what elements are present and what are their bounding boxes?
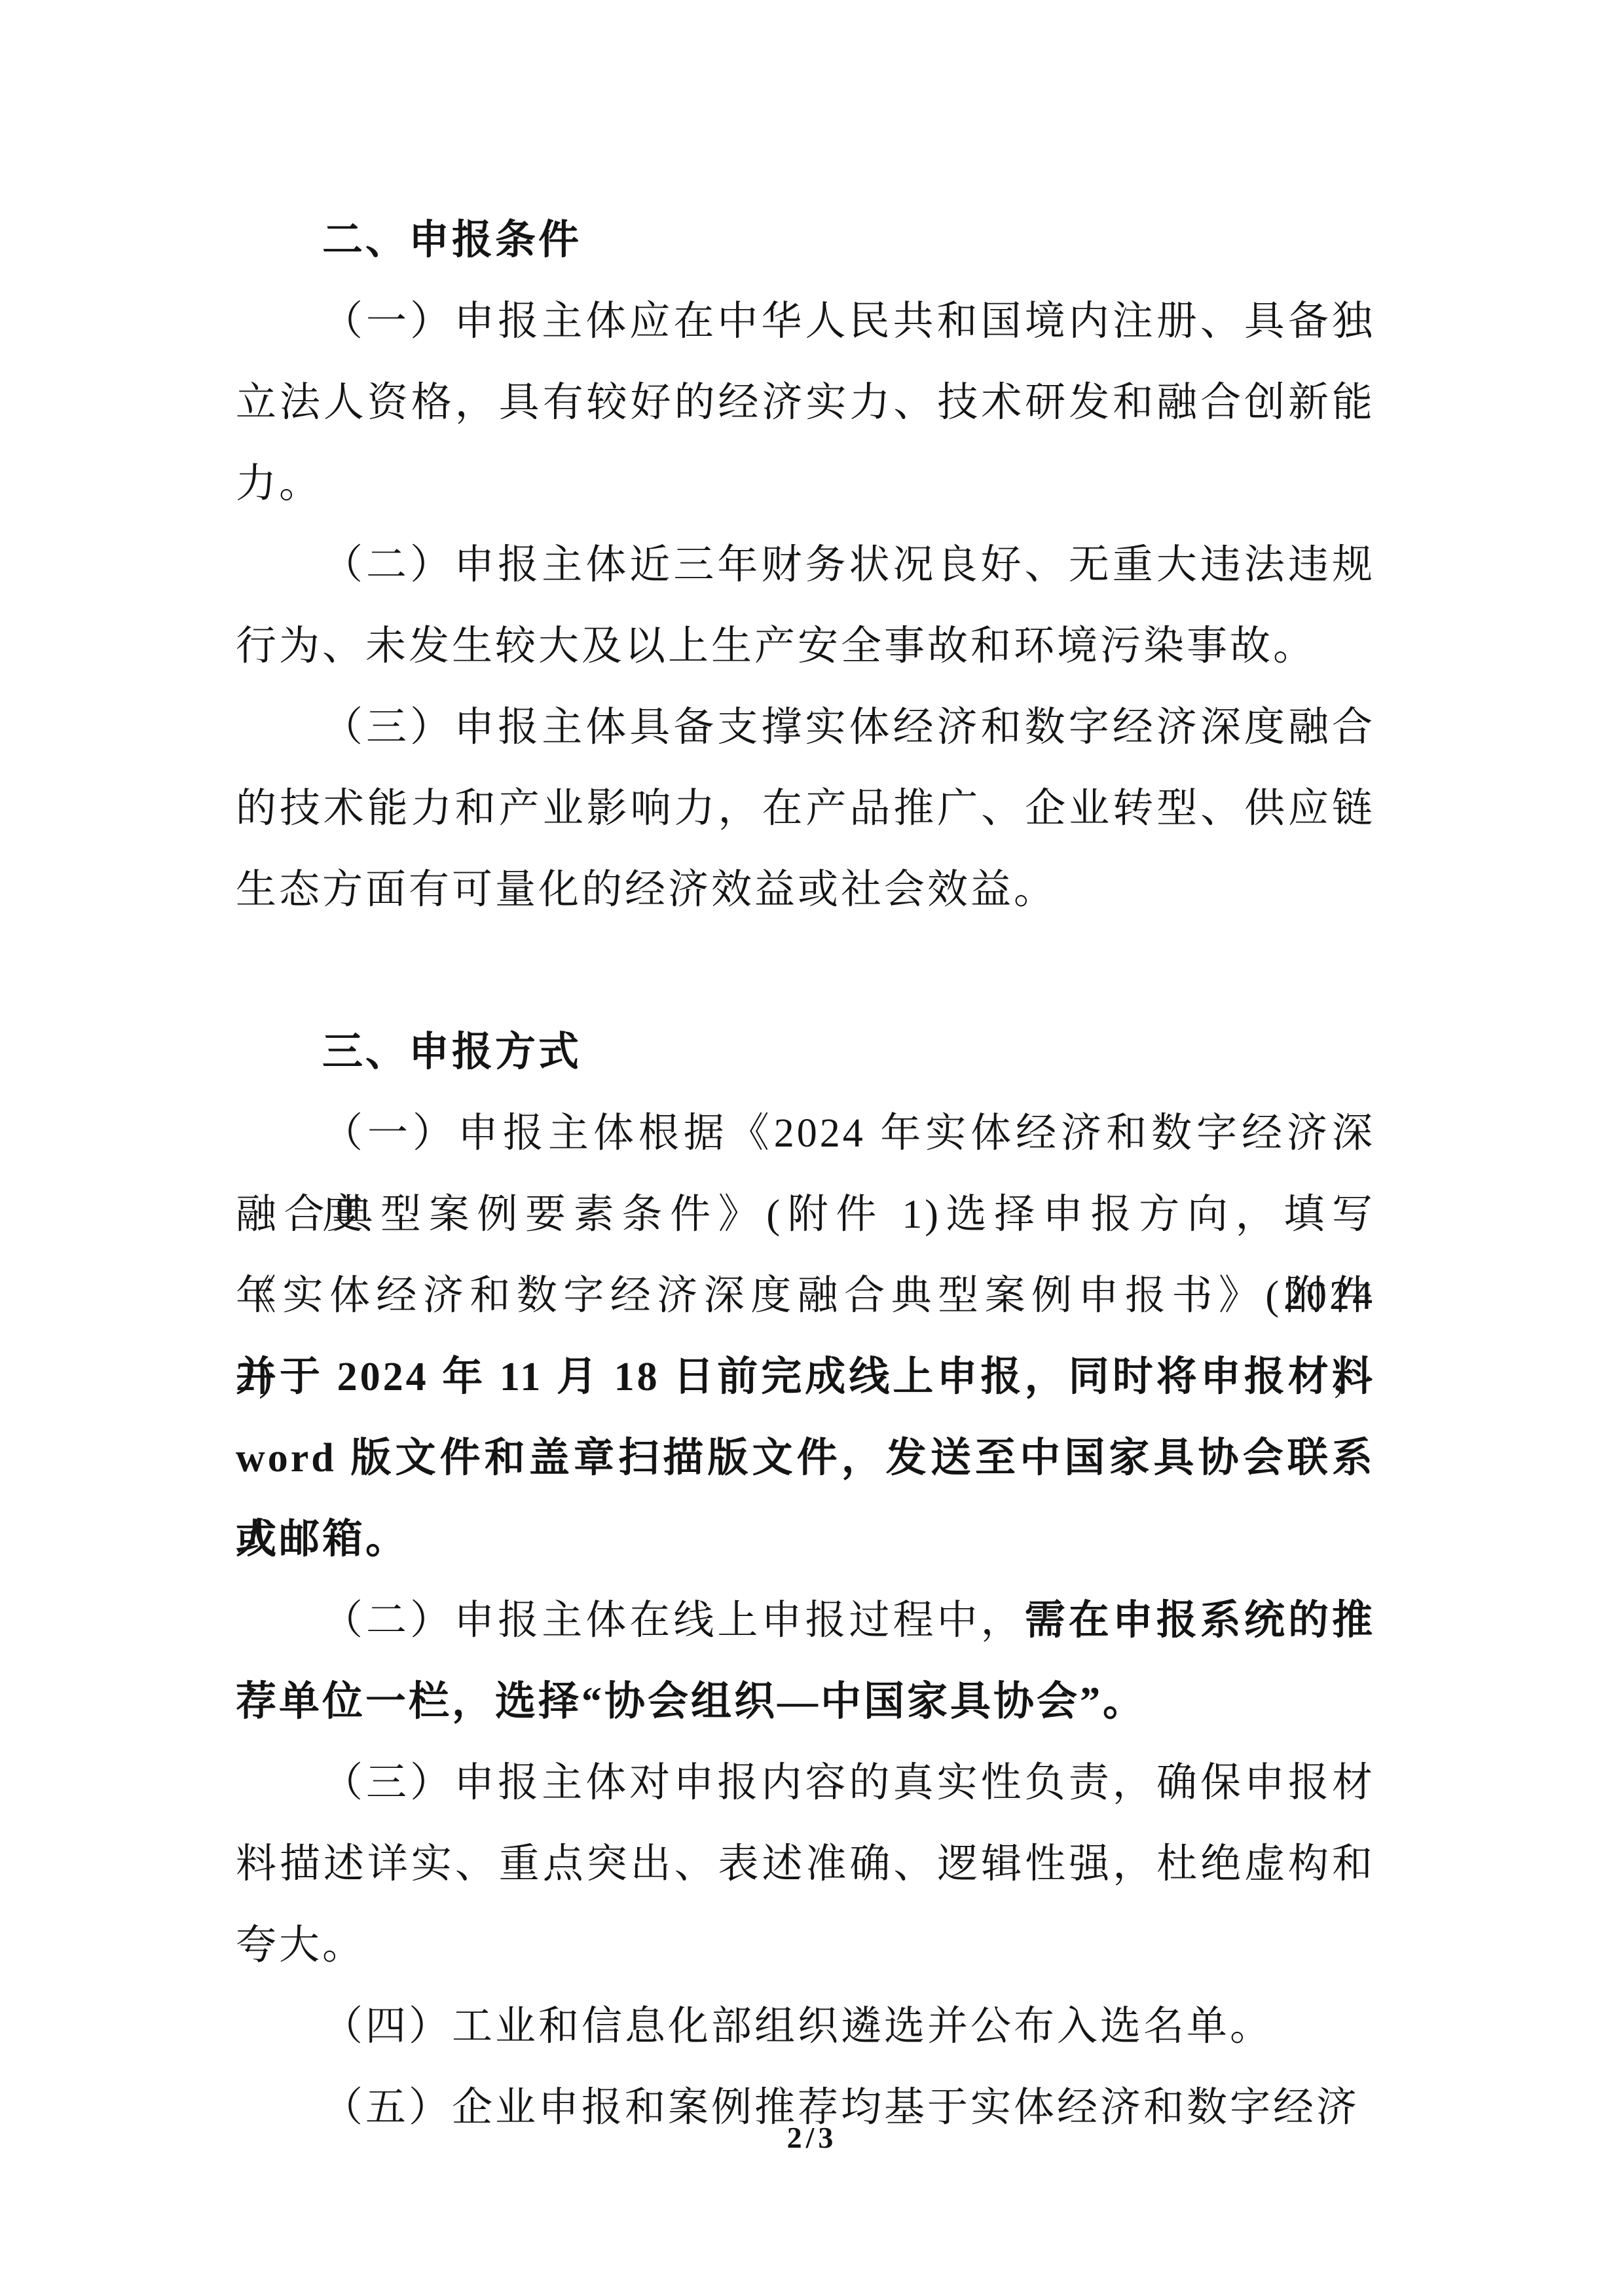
line-text: （三）申报主体具备支撑实体经济和数字经济深度融合 bbox=[322, 705, 1375, 750]
line-text-bold: 荐单位一栏，选择“协会组织—中国家具协会”。 bbox=[236, 1680, 1146, 1724]
text-line: 行为、未发生较大及以上生产安全事故和环境污染事故。 bbox=[236, 606, 1375, 687]
line-text: （二）申报主体近三年财务状况良好、无重大违法违规 bbox=[322, 543, 1375, 587]
line-text: （一）申报主体应在中华人民共和国境内注册、具备独 bbox=[322, 299, 1375, 344]
line-text: 行为、未发生较大及以上生产安全事故和环境污染事故。 bbox=[236, 624, 1316, 669]
text-line: 力。 bbox=[236, 443, 1375, 524]
section-heading-2: 二、申报条件 bbox=[236, 200, 1375, 281]
line-text: 力。 bbox=[236, 462, 322, 506]
text-line: 料描述详实、重点突出、表述准确、逻辑性强，杜绝虚构和 bbox=[236, 1824, 1375, 1905]
line-text: （二）申报主体在线上申报过程中， bbox=[322, 1598, 1025, 1643]
line-text: 料描述详实、重点突出、表述准确、逻辑性强，杜绝虚构和 bbox=[236, 1842, 1375, 1886]
line-text-bold: 或邮箱。 bbox=[236, 1517, 409, 1562]
text-line: 生态方面有可量化的经济效益或社会效益。 bbox=[236, 849, 1375, 930]
scanned-document-page: 二、申报条件 （一）申报主体应在中华人民共和国境内注册、具备独 立法人资格，具有… bbox=[0, 0, 1624, 2295]
line-text: 生态方面有可量化的经济效益或社会效益。 bbox=[236, 868, 1057, 912]
text-line: 荐单位一栏，选择“协会组织—中国家具协会”。 bbox=[236, 1661, 1375, 1742]
page-number: 2/3 bbox=[0, 2118, 1624, 2157]
line-text-bold: 并于 2024 年 11 月 18 日前完成线上申报，同时将申报材料 bbox=[236, 1355, 1375, 1399]
line-text: （四）工业和信息化部组织遴选并公布入选名单。 bbox=[322, 2004, 1273, 2049]
heading-text: 三、申报方式 bbox=[322, 1030, 581, 1074]
text-line: （四）工业和信息化部组织遴选并公布入选名单。 bbox=[236, 1986, 1375, 2067]
text-line: 立法人资格，具有较好的经济实力、技术研发和融合创新能 bbox=[236, 362, 1375, 443]
text-line: 并于 2024 年 11 月 18 日前完成线上申报，同时将申报材料 bbox=[236, 1336, 1375, 1418]
text-line: 年实体经济和数字经济深度融合典型案例申报书》(附件 2)， bbox=[236, 1255, 1375, 1336]
text-line: （一）申报主体应在中华人民共和国境内注册、具备独 bbox=[236, 281, 1375, 362]
heading-text: 二、申报条件 bbox=[322, 218, 581, 263]
line-text-bold: 需在申报系统的推 bbox=[1025, 1598, 1375, 1643]
line-text: 的技术能力和产业影响力，在产品推广、企业转型、供应链 bbox=[236, 786, 1375, 831]
text-line: （二）申报主体在线上申报过程中，需在申报系统的推 bbox=[236, 1580, 1375, 1661]
text-line: 的技术能力和产业影响力，在产品推广、企业转型、供应链 bbox=[236, 768, 1375, 849]
text-line: word 版文件和盖章扫描版文件，发送至中国家具协会联系人 bbox=[236, 1418, 1375, 1499]
line-text: 立法人资格，具有较好的经济实力、技术研发和融合创新能 bbox=[236, 380, 1375, 425]
line-text: （三）申报主体对申报内容的真实性负责，确保申报材 bbox=[322, 1761, 1375, 1805]
text-line: （三）申报主体对申报内容的真实性负责，确保申报材 bbox=[236, 1742, 1375, 1824]
line-text: 夸大。 bbox=[236, 1923, 365, 1968]
text-line: 夸大。 bbox=[236, 1905, 1375, 1986]
text-line: 或邮箱。 bbox=[236, 1499, 1375, 1580]
text-line: （一）申报主体根据《2024 年实体经济和数字经济深度 bbox=[236, 1093, 1375, 1174]
text-line: 融合典型案例要素条件》(附件 1)选择申报方向，填写《2024 bbox=[236, 1174, 1375, 1255]
section-heading-3: 三、申报方式 bbox=[236, 1012, 1375, 1093]
text-line: （三）申报主体具备支撑实体经济和数字经济深度融合 bbox=[236, 687, 1375, 768]
text-line: （二）申报主体近三年财务状况良好、无重大违法违规 bbox=[236, 524, 1375, 606]
